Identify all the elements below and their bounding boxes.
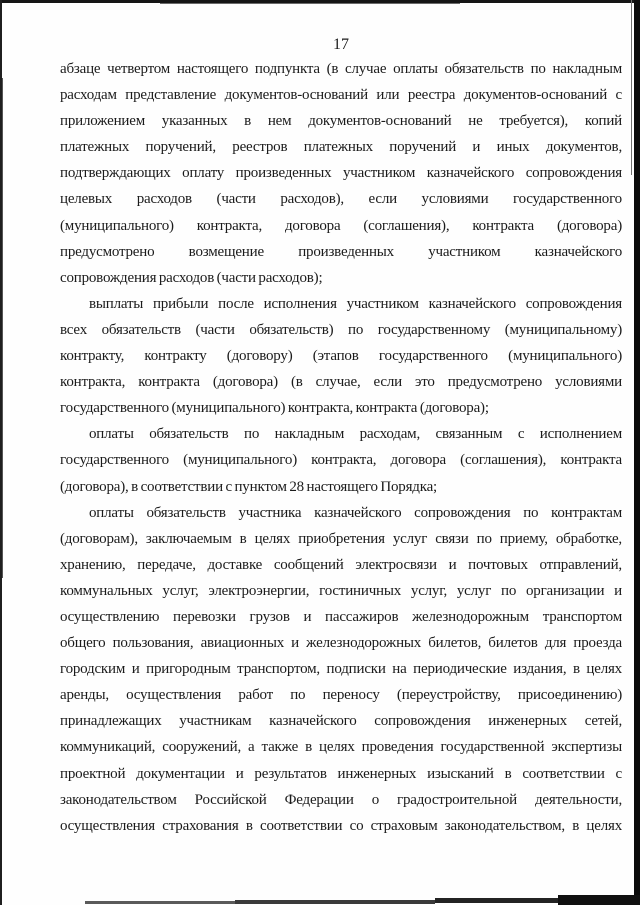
paragraph: выплаты прибыли после исполнения участни…	[60, 291, 622, 421]
text-line: законодательством Российской Федерации о…	[60, 787, 622, 813]
paragraph: абзаце четвертом настоящего подпункта (в…	[60, 56, 622, 291]
text-line: платежных поручений, реестров платежных …	[60, 134, 622, 160]
text-line: оплаты обязательств участника казначейск…	[60, 500, 622, 526]
text-line: абзаце четвертом настоящего подпункта (в…	[60, 56, 622, 82]
text-line: проектной документации и результатов инж…	[60, 761, 622, 787]
text-line: (муниципального) контракта, договора (со…	[60, 213, 622, 239]
text-line: выплаты прибыли после исполнения участни…	[60, 291, 622, 317]
text-line: общего пользования, авиационных и железн…	[60, 630, 622, 656]
scanned-document-page: { "page": { "number": "17", "paragraphs"…	[0, 0, 640, 905]
scan-edge-bottom-segment	[558, 895, 640, 905]
document-text-block: абзаце четвертом настоящего подпункта (в…	[60, 56, 622, 839]
text-line: расходам представление документов-основа…	[60, 82, 622, 108]
scan-edge-bottom-segment	[235, 900, 435, 904]
text-line: сопровождения расходов (части расходов);	[60, 265, 622, 291]
text-line: осуществлению перевозки грузов и пассажи…	[60, 604, 622, 630]
text-line: городским и пригородным транспортом, под…	[60, 656, 622, 682]
text-line: (договорам), заключаемым в целях приобре…	[60, 526, 622, 552]
text-line: оплаты обязательств по накладным расхода…	[60, 421, 622, 447]
text-line: принадлежащих участникам казначейского с…	[60, 708, 622, 734]
text-line: целевых расходов (части расходов), если …	[60, 186, 622, 212]
scan-edge-bottom-segment	[85, 901, 235, 904]
text-line: подтверждающих оплату произведенных учас…	[60, 160, 622, 186]
text-line: осуществления страхования в соответствии…	[60, 813, 622, 839]
scan-edge-right-shadow	[631, 0, 632, 175]
scan-edge-top-shadow	[160, 3, 460, 4]
text-line: (договора), в соответствии с пунктом 28 …	[60, 474, 622, 500]
scan-edge-right	[634, 0, 640, 905]
scan-edge-left-shadow	[2, 78, 3, 578]
text-line: приложением указанных в нем документов-о…	[60, 108, 622, 134]
scan-edge-bottom-segment	[435, 898, 560, 903]
text-line: государственного (муниципального) контра…	[60, 447, 622, 473]
text-line: государственного (муниципального) контра…	[60, 395, 622, 421]
text-line: контракту, контракту (договору) (этапов …	[60, 343, 622, 369]
text-line: аренды, осуществления работ по переносу …	[60, 682, 622, 708]
text-line: контракта, контракта (договора) (в случа…	[60, 369, 622, 395]
paragraph: оплаты обязательств участника казначейск…	[60, 500, 622, 839]
page-number: 17	[60, 36, 622, 54]
text-line: всех обязательств (части обязательств) п…	[60, 317, 622, 343]
paragraph: оплаты обязательств по накладным расхода…	[60, 421, 622, 499]
text-line: хранению, передаче, доставке сообщений э…	[60, 552, 622, 578]
page-background: 17 абзаце четвертом настоящего подпункта…	[0, 0, 640, 905]
text-line: коммуникаций, сооружений, а также в целя…	[60, 734, 622, 760]
text-line: предусмотрено возмещение произведенных у…	[60, 239, 622, 265]
text-line: коммунальных услуг, электроэнергии, гост…	[60, 578, 622, 604]
